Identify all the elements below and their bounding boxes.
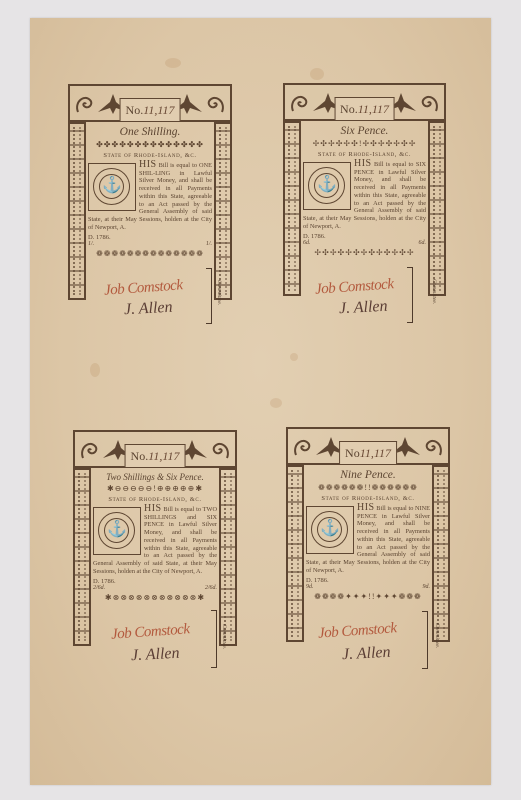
state-heading: State of Rhode-Island, &c. <box>303 151 426 158</box>
foxing-spot <box>290 353 298 361</box>
note-body: Two Shillings & Six Pence. ✱⊖⊖⊖⊖⊖!⊕⊕⊕⊕⊕✱… <box>93 470 217 603</box>
left-border <box>73 468 91 646</box>
ornament-row: ✢✣✢✣✢✣!✢✣✢✣✢✣✢ <box>303 139 426 149</box>
value-row: 6d.6d. <box>303 240 426 246</box>
committee-label: Committee. <box>434 623 440 648</box>
note-header-frame: No.11,117 <box>73 430 237 468</box>
state-heading: State of Rhode-Island, &c. <box>93 496 217 503</box>
scroll-ornament-icon <box>74 92 96 116</box>
note-one-shilling: No.11,117 One Shilling. ✤✤✤✤✤✤✤✤✤✤✤✤✤✤ S… <box>68 84 232 324</box>
scroll-ornament-icon <box>292 435 314 459</box>
ornament-row: ✤✤✤✤✤✤✤✤✤✤✤✤✤✤ <box>88 140 212 150</box>
scroll-ornament-icon <box>204 92 226 116</box>
value-row: 1/.1/. <box>88 241 212 247</box>
note-header-frame: No.11,117 <box>283 83 446 121</box>
bottom-ornament: ✱⊗⊗⊗⊗⊗⊗⊗⊗⊗⊗⊗✱ <box>93 593 217 603</box>
note-two-shillings-six-pence: No.11,117 Two Shillings & Six Pence. ✱⊖⊖… <box>73 430 237 670</box>
scroll-ornament-icon <box>418 91 440 115</box>
state-heading: State of Rhode-Island, &c. <box>306 495 430 502</box>
left-border <box>286 465 304 642</box>
right-border <box>214 122 232 300</box>
note-body: Nine Pence. ❁❁❁❁❁❁!!❁❁❁❁❁❁ State of Rhod… <box>306 467 430 602</box>
issue-date: D. 1786. <box>88 234 212 241</box>
signature-dark: J. Allen <box>131 645 180 666</box>
seal: ⚓ <box>88 163 136 211</box>
committee-label: Committee. <box>431 279 437 304</box>
value-row: 9d.9d. <box>306 584 430 590</box>
denomination: Two Shillings & Six Pence. <box>93 472 217 482</box>
signature-red: Job Comstock <box>318 620 398 642</box>
right-border <box>428 121 446 296</box>
ornament-row: ✱⊖⊖⊖⊖⊖!⊕⊕⊕⊕⊕✱ <box>93 484 217 494</box>
seal: ⚓ <box>303 162 351 210</box>
note-text: HIS Bill is equal ⚓ to NINE PENCE in Law… <box>306 504 430 574</box>
note-body: One Shilling. ✤✤✤✤✤✤✤✤✤✤✤✤✤✤ State of Rh… <box>88 124 212 259</box>
serial-number: No11,117 <box>339 441 397 464</box>
ornament-row: ❁❁❁❁❁❁!!❁❁❁❁❁❁ <box>306 483 430 493</box>
denomination: Nine Pence. <box>306 469 430 481</box>
note-six-pence: No.11,117 Six Pence. ✢✣✢✣✢✣!✢✣✢✣✢✣✢ Stat… <box>283 83 446 323</box>
foxing-spot <box>165 58 181 68</box>
bottom-ornament: ❁❁❁❁✦✦✦!!✦✦✦❁❁❁ <box>306 592 430 602</box>
issue-date: D. 1786. <box>306 577 430 584</box>
foxing-spot <box>270 398 282 408</box>
right-border <box>432 465 450 642</box>
serial-number: No.11,117 <box>125 444 186 467</box>
signature-red: Job Comstock <box>111 621 191 643</box>
state-heading: State of Rhode-Island, &c. <box>88 152 212 159</box>
signature-dark: J. Allen <box>342 644 391 665</box>
denomination: One Shilling. <box>88 126 212 138</box>
right-border <box>219 468 237 646</box>
left-border <box>68 122 86 300</box>
left-border <box>283 121 301 296</box>
seal: ⚓ <box>93 507 141 555</box>
note-nine-pence: No11,117 Nine Pence. ❁❁❁❁❁❁!!❁❁❁❁❁❁ Stat… <box>286 427 450 667</box>
value-row: 2/6d.2/6d. <box>93 585 217 591</box>
bottom-ornament: ❁❁❁❁❁❁❁❁❁❁❁❁❁❁ <box>88 249 212 259</box>
note-header-frame: No.11,117 <box>68 84 232 122</box>
anchor-icon: ⚓ <box>89 177 135 195</box>
anchor-icon: ⚓ <box>304 176 350 194</box>
anchor-icon: ⚓ <box>94 521 140 539</box>
anchor-icon: ⚓ <box>307 520 353 538</box>
serial-number: No.11,117 <box>334 97 395 120</box>
committee-label: Committee. <box>216 280 222 305</box>
signature-bracket <box>206 268 212 324</box>
serial-number: No.11,117 <box>120 98 181 121</box>
note-text: HIS Bill is equal ⚓ to ONE SHIL-LING in … <box>88 161 212 231</box>
bottom-ornament: ✢✣✢✣✢✣✢✣✢✣✢✣✢ <box>303 248 426 258</box>
seal: ⚓ <box>306 506 354 554</box>
scroll-ornament-icon <box>79 438 101 462</box>
note-text: HIS Bill is equal ⚓ to SIX PENCE in Lawf… <box>303 160 426 230</box>
issue-date: D. 1786. <box>93 578 217 585</box>
committee-label: Committee. <box>221 624 227 649</box>
scroll-ornament-icon <box>209 438 231 462</box>
issue-date: D. 1786. <box>303 233 426 240</box>
note-body: Six Pence. ✢✣✢✣✢✣!✢✣✢✣✢✣✢ State of Rhode… <box>303 123 426 258</box>
denomination: Six Pence. <box>303 125 426 137</box>
signature-red: Job Comstock <box>104 277 184 299</box>
signature-bracket <box>211 610 217 668</box>
note-text: HIS Bill is equal ⚓ to TWO SHILLINGS and… <box>93 505 217 575</box>
signature-red: Job Comstock <box>315 276 395 298</box>
foxing-spot <box>310 68 324 80</box>
scroll-ornament-icon <box>289 91 311 115</box>
signature-dark: J. Allen <box>339 298 388 319</box>
signature-bracket <box>422 611 428 669</box>
signature-bracket <box>407 267 413 323</box>
scroll-ornament-icon <box>422 435 444 459</box>
signature-dark: J. Allen <box>124 299 173 320</box>
note-header-frame: No11,117 <box>286 427 450 465</box>
foxing-spot <box>90 363 100 377</box>
